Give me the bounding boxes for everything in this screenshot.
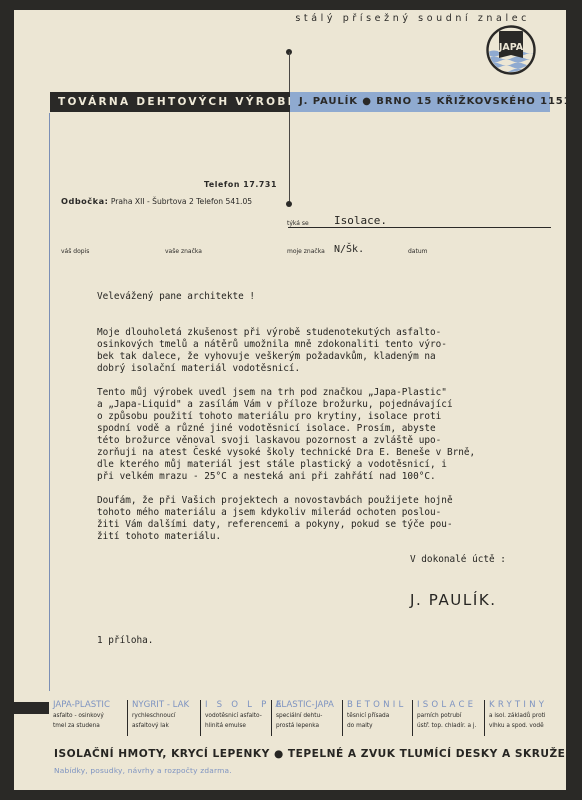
product-desc: rychleschnoucí: [132, 712, 196, 721]
product-desc: vlhku a spod. vodě: [489, 722, 552, 731]
date-label: datum: [408, 248, 428, 255]
paragraph-2-line: a „Japa-Liquid" a zasílám Vám v příloze …: [97, 399, 557, 411]
product-desc: speciální dehtu-: [276, 712, 338, 721]
japa-logo-icon: JAPA: [486, 25, 536, 75]
paragraph-3-line: žiti Vám dalšími daty, referencemi a pok…: [97, 519, 557, 531]
letter-body: Velevážený pane architekte ! Moje dlouho…: [97, 291, 557, 543]
product-item: NYGRIT - LAK rychleschnoucí asfaltový la…: [127, 700, 200, 736]
product-item: I S O L P A vodotěsnicí asfalto- hlinitá…: [200, 700, 271, 736]
letter-page: stálý přísežný soudní znalec JAPA TOVÁRN…: [14, 10, 566, 790]
branch-office: Odbočka: Praha XII - Šubrtova 2 Telefon …: [61, 196, 252, 206]
your-reference-label: vaše značka: [165, 248, 202, 255]
product-name: KRYTINY: [489, 700, 552, 711]
enclosure-note: 1 příloha.: [97, 635, 153, 646]
product-desc: parních potrubí: [417, 712, 480, 721]
salutation: Velevážený pane architekte !: [97, 291, 557, 303]
product-name: I S O L P A: [205, 700, 267, 711]
svg-text:JAPA: JAPA: [498, 42, 524, 53]
paragraph-1-line: osinkových tmelů a nátěrů umožnila mně z…: [97, 339, 557, 351]
footer-slogan: ISOLAČNÍ HMOTY, KRYCÍ LEPENKY ● TEPELNÉ …: [54, 748, 566, 760]
signature: J. PAULÍK.: [410, 591, 497, 609]
footer-offers: Nabídky, posudky, návrhy a rozpočty zdar…: [54, 766, 232, 775]
closing-phrase: V dokonalé úctě :: [410, 554, 506, 565]
paragraph-2-line: o způsobu použití tohoto materiálu pro k…: [97, 411, 557, 423]
product-name: NYGRIT - LAK: [132, 700, 196, 711]
branch-value: Praha XII - Šubrtova 2 Telefon 541.05: [111, 197, 252, 206]
product-desc: tmel za studena: [53, 722, 123, 731]
paragraph-1-line: dobrý isolační materiál vodotěsnicí.: [97, 363, 557, 375]
product-desc: asfaltový lak: [132, 722, 196, 731]
paragraph-2-line: Tento můj výrobek uvedl jsem na trh pod …: [97, 387, 557, 399]
address-band: J. PAULÍK ● BRNO 15 KŘIŽKOVSKÉHO 1151: [290, 92, 550, 112]
product-desc: ústř. top. chladír. a j.: [417, 722, 480, 731]
paragraph-1-line: Moje dlouholetá zkušenost při výrobě stu…: [97, 327, 557, 339]
product-desc: prostá lepenka: [276, 722, 338, 731]
paragraph-2-line: zorňuji na atest České vysoké školy tech…: [97, 447, 557, 459]
footer-marker-bar: [14, 702, 49, 714]
subject-label: týká se: [287, 220, 309, 227]
company-name-band: TOVÁRNA DEHTOVÝCH VÝROBKŮ: [50, 92, 290, 112]
branch-label: Odbočka:: [61, 196, 108, 206]
subject-underline: [288, 227, 551, 228]
product-desc: těsnicí přísada: [347, 712, 408, 721]
product-name: ELASTIC-JAPA: [276, 700, 338, 711]
paragraph-3-line: žití tohoto materiálu.: [97, 531, 557, 543]
product-name: BETONIL: [347, 700, 408, 711]
product-desc: hlinitá emulse: [205, 722, 267, 731]
paragraph-3-line: tohoto mého materiálu a jsem kdykoliv mi…: [97, 507, 557, 519]
product-item: JAPA-PLASTIC asfalto - osinkový tmel za …: [53, 700, 127, 736]
product-item: ISOLACE parních potrubí ústř. top. chlad…: [412, 700, 484, 736]
left-margin-line: [49, 113, 50, 691]
product-item: ELASTIC-JAPA speciální dehtu- prostá lep…: [271, 700, 342, 736]
subject-value: Isolace.: [334, 214, 387, 227]
product-name: ISOLACE: [417, 700, 480, 711]
product-desc: asfalto - osinkový: [53, 712, 123, 721]
telephone-number: Telefon 17.731: [204, 180, 277, 189]
paragraph-3-line: Doufám, že při Vašich projektech a novos…: [97, 495, 557, 507]
paragraph-1-line: bek tak dalece, že vyhovuje veškerým pož…: [97, 351, 557, 363]
paragraph-2-line: této brožurce věnoval svoji laskavou poz…: [97, 435, 557, 447]
paragraph-2-line: spodní vodě a různé jiné vodotěsnicí iso…: [97, 423, 557, 435]
center-divider-line: [289, 52, 290, 204]
paragraph-2-line: při velkém mrazu - 25°C a nesteká ani př…: [97, 471, 557, 483]
product-item: BETONIL těsnicí přísada do malty: [342, 700, 412, 736]
product-item: KRYTINY a isol. základů proti vlhku a sp…: [484, 700, 556, 736]
product-desc: vodotěsnicí asfalto-: [205, 712, 267, 721]
expert-title: stálý přísežný soudní znalec: [295, 13, 530, 24]
paragraph-2-line: dle kterého můj materiál jest stále plas…: [97, 459, 557, 471]
our-reference-label: moje značka: [287, 248, 325, 255]
our-reference-value: N/Šk.: [334, 244, 364, 255]
product-name: JAPA-PLASTIC: [53, 700, 123, 711]
product-list: JAPA-PLASTIC asfalto - osinkový tmel za …: [53, 700, 563, 738]
product-desc: do malty: [347, 722, 408, 731]
product-desc: a isol. základů proti: [489, 712, 552, 721]
bottom-dot-marker: [286, 201, 292, 207]
your-letter-label: váš dopis: [61, 248, 89, 255]
